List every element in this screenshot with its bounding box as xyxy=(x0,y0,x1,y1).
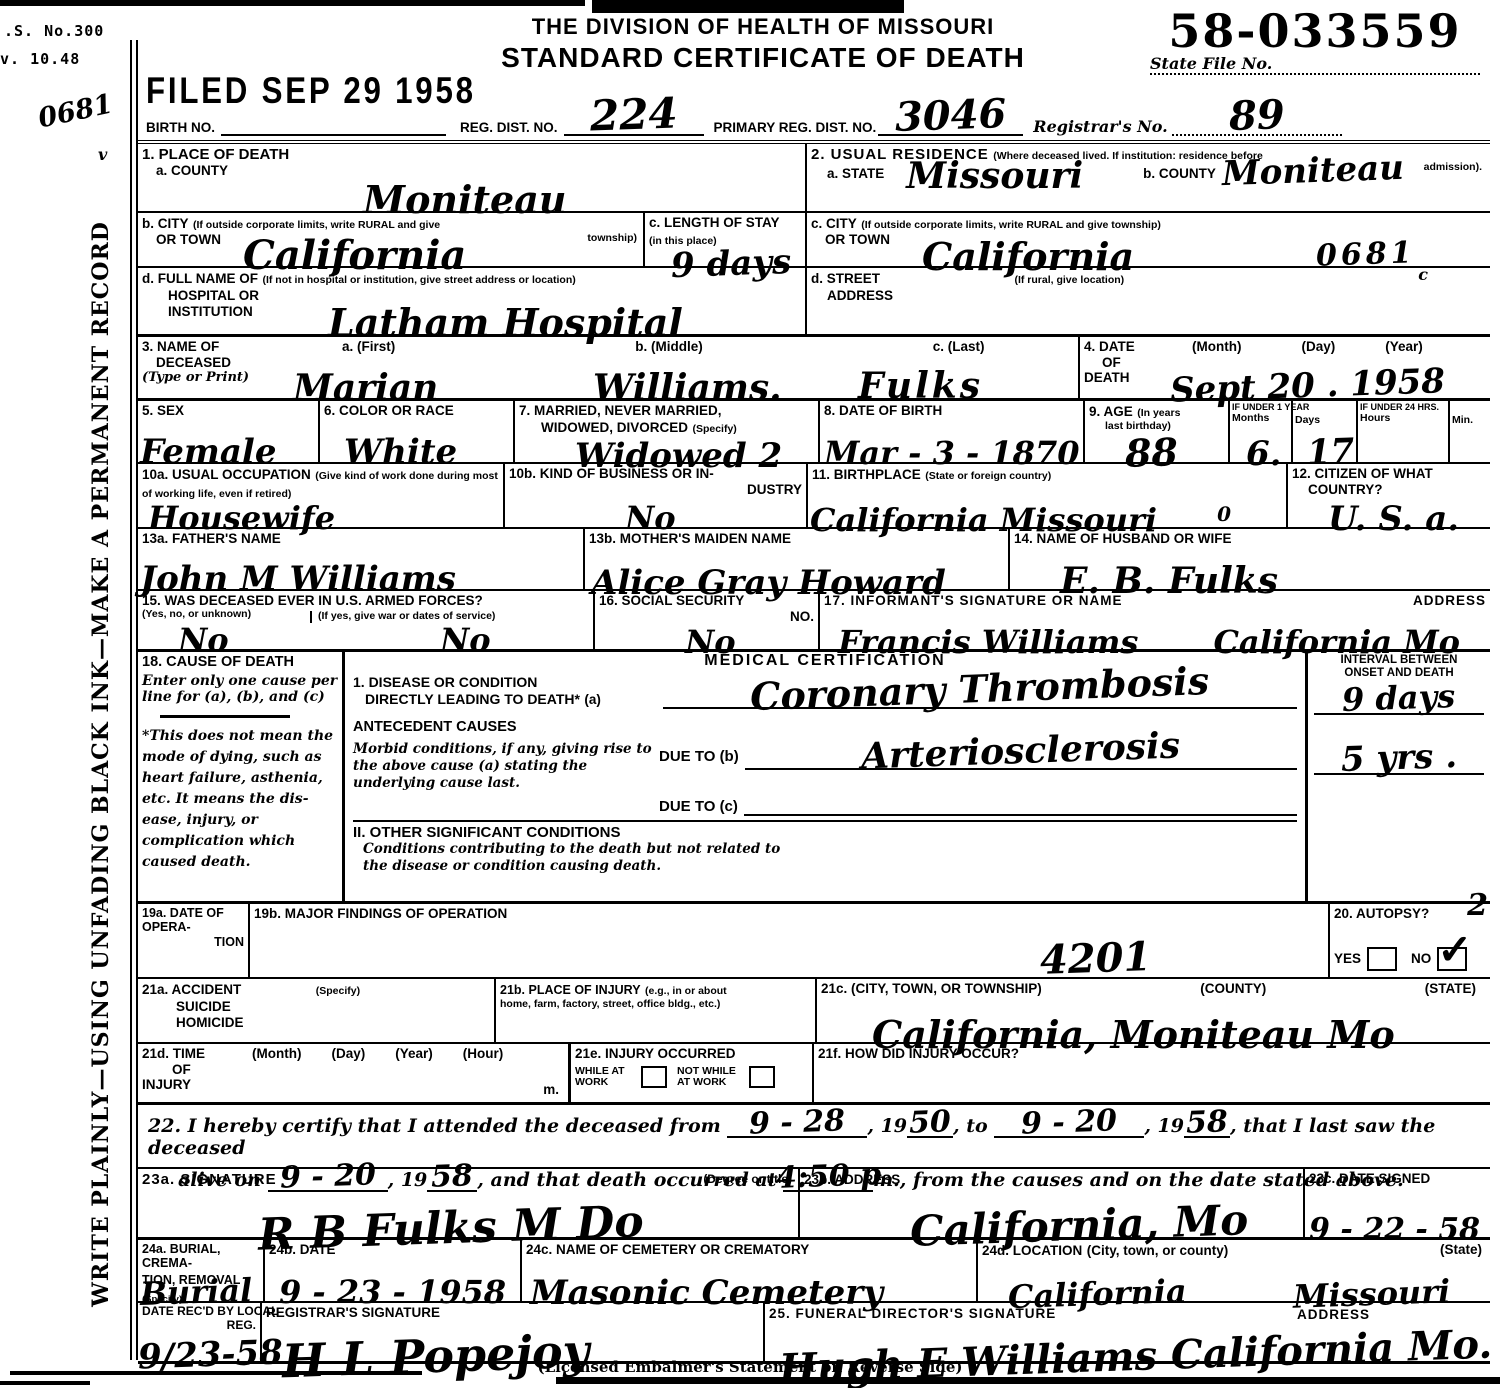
certify-text-3: , to xyxy=(953,1115,988,1137)
field-cemetery: 24c. NAME OF CEMETERY OR CREMATORY Mason… xyxy=(522,1240,978,1301)
other-conditions-note: Conditions contributing to the death but… xyxy=(363,841,783,875)
form-revision-number: v. 10.48 xyxy=(0,50,80,68)
primary-reg-value: 3046 xyxy=(895,96,1008,136)
how-injury-label: 21f. HOW DID INJURY OCCUR? xyxy=(818,1046,1486,1062)
sex-label: 5. SEX xyxy=(142,403,314,419)
field-birthplace: 11. BIRTHPLACE (State or foreign country… xyxy=(808,464,1288,527)
birth-no-label: BIRTH NO. xyxy=(146,120,215,136)
field-name-of-deceased: 3. NAME OF DECEASED (Type or Print) a. (… xyxy=(138,337,1080,398)
dod-label1: 4. DATE xyxy=(1084,339,1162,355)
min-label: Min. xyxy=(1452,415,1488,427)
disease-label2: DIRECTLY LEADING TO DEATH* xyxy=(365,691,580,707)
cemetery-label: 24c. NAME OF CEMETERY OR CREMATORY xyxy=(526,1242,972,1258)
row-city-stay: b. CITY (If outside corporate limits, wr… xyxy=(138,211,1490,266)
cause-divider xyxy=(160,715,290,718)
injury-year-label: (Year) xyxy=(395,1046,433,1093)
autopsy-no-checkmark: ✓ xyxy=(1437,925,1472,974)
street-label1: d. STREET xyxy=(811,271,880,286)
hospital-value: Latham Hospital xyxy=(328,306,683,340)
reg-dist-value: 224 xyxy=(589,95,678,136)
armed-forces-value2: No xyxy=(440,626,491,655)
row-place-residence: 1. PLACE OF DEATH a. COUNTY Moniteau 2. … xyxy=(138,144,1490,211)
field-mother-name: 13b. MOTHER'S MAIDEN NAME Alice Gray How… xyxy=(585,529,1010,589)
field-medical-certification: MEDICAL CERTIFICATION 1. DISEASE OR COND… xyxy=(345,652,1308,901)
field-accident-type: 21a. ACCIDENT (Specify) SUICIDE HOMICIDE xyxy=(138,979,496,1042)
accident-label1: 21a. ACCIDENT xyxy=(142,982,241,997)
interval-b-value: 5 yrs . xyxy=(1341,741,1458,776)
first-name-value: Marian xyxy=(293,372,438,404)
injury-month-label: (Month) xyxy=(252,1046,301,1093)
row-name-dateofdeath: 3. NAME OF DECEASED (Type or Print) a. (… xyxy=(138,334,1490,398)
injury-day-label: (Day) xyxy=(331,1046,365,1093)
field-registrar-signature: REGISTRAR'S SIGNATURE H L Popejoy xyxy=(262,1303,765,1361)
burial-label1: 24a. BURIAL, CREMA- xyxy=(142,1242,259,1271)
operation-date-label1: 19a. DATE OF OPERA- xyxy=(142,906,244,935)
field-usual-residence: 2. USUAL RESIDENCE (Where deceased lived… xyxy=(807,144,1490,211)
interval-label2: ONSET AND DEATH xyxy=(1314,667,1484,680)
injury-place-label: 21b. PLACE OF INJURY xyxy=(500,983,641,997)
certify-text-4: , 19 xyxy=(1144,1115,1184,1137)
date-signed-value: 9 - 22 - 58 xyxy=(1309,1216,1480,1243)
cause-b-value: Arteriosclerosis xyxy=(861,730,1181,774)
field-age-months: IF UNDER 1 YEAR Months 6. xyxy=(1230,401,1293,462)
burial-location-note: (City, town, or county) xyxy=(1087,1243,1229,1258)
registration-line: BIRTH NO. REG. DIST. NO. 224 PRIMARY REG… xyxy=(146,96,1486,136)
field-length-of-stay: c. LENGTH OF STAY (in this place) 9 days xyxy=(645,213,807,266)
row-medical-certification: 18. CAUSE OF DEATH Enter only one cause … xyxy=(138,649,1490,901)
accident-label2: SUICIDE xyxy=(176,999,490,1015)
registrar-no-label: Registrar's No. xyxy=(1033,117,1167,136)
dod-label2: OF xyxy=(1102,355,1162,371)
row-hospital-street: d. FULL NAME OF (If not in hospital or i… xyxy=(138,266,1490,334)
field-burial-date: 24b. DATE 9 - 23 - 1958 xyxy=(265,1240,522,1301)
name-label3: (Type or Print) xyxy=(142,370,272,385)
operation-findings-label: 19b. MAJOR FINDINGS OF OPERATION xyxy=(254,906,1324,922)
death-city-label: b. CITY xyxy=(142,216,189,231)
registrar-no-value: 89 xyxy=(1228,97,1285,135)
injury-place-note1: (e.g., in or about xyxy=(645,985,727,997)
funeral-director-address-label: ADDRESS xyxy=(1297,1307,1370,1323)
cause-note-line2: line for (a), (b), and (c) xyxy=(142,689,338,705)
burial-location-label: 24d. LOCATION xyxy=(982,1243,1082,1258)
accident-label3: HOMICIDE xyxy=(176,1015,490,1031)
birthplace-note: (State or foreign country) xyxy=(925,470,1051,482)
left-double-rule xyxy=(130,40,138,1360)
field-age-days: Days 17 xyxy=(1293,401,1358,462)
name-label1: 3. NAME OF xyxy=(142,339,272,355)
field-physician-address: 23b. ADDRESS California, Mo xyxy=(800,1169,1305,1237)
dod-label3: DEATH xyxy=(1084,370,1162,386)
race-label: 6. COLOR OR RACE xyxy=(324,403,509,419)
field-certify-statement: 22. I hereby certify that I attended the… xyxy=(138,1105,1490,1167)
middle-name-value: Williams. xyxy=(593,372,782,404)
field-marital-status: 7. MARRIED, NEVER MARRIED, WIDOWED, DIVO… xyxy=(515,401,820,462)
field-citizen: 12. CITIZEN OF WHAT COUNTRY? U. S. a. xyxy=(1288,464,1490,527)
scan-artifact xyxy=(0,1381,90,1385)
burial-state-note: (State) xyxy=(1440,1242,1482,1258)
field-color-race: 6. COLOR OR RACE White xyxy=(320,401,515,462)
death-certificate-scan: .S. No.300 v. 10.48 0681 v WRITE PLAINLY… xyxy=(0,0,1500,1388)
not-while-at-work-checkbox xyxy=(749,1066,775,1088)
injury-m-label: m. xyxy=(543,1082,559,1098)
row-registrar: DATE REC'D BY LOCAL REG. 9/23-58 REGISTR… xyxy=(138,1301,1490,1361)
autopsy-yes-checkbox xyxy=(1367,947,1397,971)
residence-city-label: c. CITY xyxy=(811,216,857,231)
cause-footnote: *This does not mean the mode of dying, s… xyxy=(142,726,338,873)
field-physician-signature: 23a. SIGNATURE (Degree or title) R B Ful… xyxy=(138,1169,800,1237)
interval-label1: INTERVAL BETWEEN xyxy=(1314,654,1484,667)
injury-time-label2: OF xyxy=(172,1062,232,1078)
mother-value: Alice Gray Howard xyxy=(591,568,946,599)
certificate-form: 1. PLACE OF DEATH a. COUNTY Moniteau 2. … xyxy=(138,140,1490,1364)
field-residence-city: c. CITY (If outside corporate limits, wr… xyxy=(807,213,1490,266)
residence-state-label: a. STATE xyxy=(827,166,884,192)
field-interval: INTERVAL BETWEEN ONSET AND DEATH 9 days … xyxy=(1308,652,1490,901)
field-autopsy: 20. AUTOPSY? 2 YES NO ✓ xyxy=(1330,904,1490,977)
field-operation-findings: 19b. MAJOR FINDINGS OF OPERATION 4201 xyxy=(250,904,1330,977)
name-label2: DECEASED xyxy=(156,355,272,371)
row-sex-race-age: 5. SEX Female 6. COLOR OR RACE White 7. … xyxy=(138,398,1490,462)
field-cause-of-death-notes: 18. CAUSE OF DEATH Enter only one cause … xyxy=(138,652,345,901)
physician-address-label: 23b. ADDRESS xyxy=(804,1172,900,1187)
field-father-name: 13a. FATHER'S NAME John M Williams xyxy=(138,529,585,589)
place-of-death-title: 1. PLACE OF DEATH xyxy=(142,146,801,163)
state-file-number-block: 58-033559 State File No. xyxy=(1150,4,1480,75)
interval-a-value: 9 days xyxy=(1342,683,1456,716)
injury-occurred-label: 21e. INJURY OCCURRED xyxy=(575,1046,808,1062)
field-operation-date: 19a. DATE OF OPERA- TION xyxy=(138,904,250,977)
marital-label2: WIDOWED, DIVORCED xyxy=(541,420,688,435)
informant-address-label: ADDRESS xyxy=(1413,593,1486,609)
occupation-label: 10a. USUAL OCCUPATION xyxy=(142,467,311,482)
armed-forces-label: 15. WAS DECEASED EVER IN U.S. ARMED FORC… xyxy=(142,593,306,609)
injury-time-label1: 21d. TIME xyxy=(142,1046,232,1062)
injury-state-label: (STATE) xyxy=(1425,981,1476,997)
field-burial-location: 24d. LOCATION (City, town, or county) (S… xyxy=(978,1240,1490,1301)
certify-to-date: 9 - 20 xyxy=(1021,1107,1118,1137)
field-hospital: d. FULL NAME OF (If not in hospital or i… xyxy=(138,268,807,334)
residence-county-value: Moniteau xyxy=(1221,153,1404,196)
margin-vertical-instruction: WRITE PLAINLY—USING UNFADING BLACK INK—M… xyxy=(88,202,112,1326)
residence-state-value: Missouri xyxy=(906,160,1083,192)
form-stock-number: .S. No.300 xyxy=(4,22,104,40)
field-sex: 5. SEX Female xyxy=(138,401,320,462)
hospital-label1: d. FULL NAME OF xyxy=(142,271,258,286)
margin-handwritten-code: 0681 xyxy=(36,92,115,131)
row-certify-statement: 22. I hereby certify that I attended the… xyxy=(138,1102,1490,1167)
certify-from-year: 50 xyxy=(909,1108,952,1136)
hours-label: Hours xyxy=(1360,413,1446,425)
autopsy-no-label: NO xyxy=(1411,951,1431,967)
date-received-label2: REG. xyxy=(142,1319,256,1333)
field-spouse-name: 14. NAME OF HUSBAND OR WIFE E. B. Fulks xyxy=(1010,529,1490,589)
disease-label1: 1. DISEASE OR CONDITION xyxy=(353,674,663,690)
margin-handwritten-mark: v xyxy=(98,148,107,162)
signature-label: 23a. SIGNATURE xyxy=(142,1171,277,1188)
while-at-work-checkbox xyxy=(641,1066,667,1088)
autopsy-label: 20. AUTOPSY? xyxy=(1334,906,1486,922)
autopsy-yes-label: YES xyxy=(1334,951,1361,967)
ssn-label2: NO. xyxy=(599,609,814,625)
primary-reg-label: PRIMARY REG. DIST. NO. xyxy=(714,120,877,136)
injury-place-note2: home, farm, factory, street, office bldg… xyxy=(500,999,811,1011)
stay-label: c. LENGTH OF STAY xyxy=(649,215,801,231)
not-while-label2: AT WORK xyxy=(677,1076,726,1088)
field-death-city: b. CITY (If outside corporate limits, wr… xyxy=(138,213,645,266)
field-place-of-injury: 21b. PLACE OF INJURY (e.g., in or about … xyxy=(496,979,817,1042)
county-value: Moniteau xyxy=(363,183,566,217)
date-received-label1: DATE REC'D BY LOCAL xyxy=(142,1305,256,1319)
row-accident: 21a. ACCIDENT (Specify) SUICIDE HOMICIDE… xyxy=(138,977,1490,1042)
residence-county-label: b. COUNTY xyxy=(1143,166,1216,192)
other-conditions-label: II. OTHER SIGNIFICANT CONDITIONS xyxy=(353,824,1297,841)
certify-to-year: 58 xyxy=(1186,1108,1229,1136)
certificate-header: THE DIVISION OF HEALTH OF MISSOURI STAND… xyxy=(138,0,1490,140)
field-age-min: Min. xyxy=(1450,401,1490,462)
citizen-label2: COUNTRY? xyxy=(1308,482,1486,498)
injury-city-label: 21c. (CITY, TOWN, OR TOWNSHIP) xyxy=(821,981,1042,997)
row-operation-autopsy: 19a. DATE OF OPERA- TION 19b. MAJOR FIND… xyxy=(138,901,1490,977)
field-date-of-death: 4. DATE OF DEATH (Month) (Day) (Year) Se… xyxy=(1080,337,1490,398)
agency-name: THE DIVISION OF HEALTH OF MISSOURI xyxy=(388,14,1138,40)
cause-of-death-label: 18. CAUSE OF DEATH xyxy=(142,654,338,671)
armed-forces-note1: (Yes, no, or unknown) xyxy=(142,609,306,621)
row-physician-signature: 23a. SIGNATURE (Degree or title) R B Ful… xyxy=(138,1167,1490,1237)
injury-hour-label: (Hour) xyxy=(463,1046,504,1093)
certify-text-2: , 19 xyxy=(867,1115,907,1137)
autopsy-stray-mark: 2 xyxy=(1467,892,1488,919)
business-label2: DUSTRY xyxy=(509,482,802,498)
citizen-label1: 12. CITIZEN OF WHAT xyxy=(1292,466,1486,482)
certify-text-1: 22. I hereby certify that I attended the… xyxy=(148,1115,721,1137)
date-signed-label: 23c. DATE SIGNED xyxy=(1309,1171,1486,1187)
injury-county-label: (COUNTY) xyxy=(1200,981,1266,997)
street-note: (If rural, give location) xyxy=(1014,274,1124,286)
mother-label: 13b. MOTHER'S MAIDEN NAME xyxy=(589,531,1004,547)
field-date-of-birth: 8. DATE OF BIRTH Mar - 3 - 1870 xyxy=(820,401,1085,462)
field-date-received: DATE REC'D BY LOCAL REG. 9/23-58 xyxy=(138,1303,262,1361)
birth-no-blank xyxy=(221,134,446,136)
field-age-years: 9. AGE (In years last birthday) 88 xyxy=(1085,401,1230,462)
father-label: 13a. FATHER'S NAME xyxy=(142,531,579,547)
business-label1: 10b. KIND OF BUSINESS OR IN- xyxy=(509,466,802,482)
residence-city-code: 0681 xyxy=(1315,239,1415,269)
reverse-side-note: (Licensed Embalmer's Statement on Revers… xyxy=(0,1358,1500,1376)
while-at-label1: WHILE AT xyxy=(575,1065,625,1077)
due-b-label: DUE TO (b) xyxy=(659,748,739,765)
cause-c-blank xyxy=(744,794,1297,816)
field-date-signed: 23c. DATE SIGNED 9 - 22 - 58 xyxy=(1305,1169,1490,1237)
due-c-label: DUE TO (c) xyxy=(659,798,738,815)
autopsy-no-checkbox: ✓ xyxy=(1437,947,1467,971)
row-occupation-birthplace: 10a. USUAL OCCUPATION (Give kind of work… xyxy=(138,462,1490,527)
residence-city-note: (If outside corporate limits, write RURA… xyxy=(861,219,1161,231)
operation-findings-value: 4201 xyxy=(1039,939,1152,979)
accident-note: (Specify) xyxy=(316,985,360,997)
months-label: Months xyxy=(1232,413,1289,425)
cause-a-value: Coronary Thrombosis xyxy=(750,664,1210,714)
marital-note: (Specify) xyxy=(692,423,736,435)
field-age-hours: IF UNDER 24 HRS. Hours xyxy=(1358,401,1450,462)
field-how-injury: 21f. HOW DID INJURY OCCUR? xyxy=(814,1044,1490,1102)
while-at-label2: WORK xyxy=(575,1076,608,1088)
usual-residence-note2: admission). xyxy=(1424,162,1482,174)
field-place-of-death-county: 1. PLACE OF DEATH a. COUNTY Moniteau xyxy=(138,144,807,211)
field-injury-occurred: 21e. INJURY OCCURRED WHILE ATWORK NOT WH… xyxy=(568,1044,814,1102)
field-occupation: 10a. USUAL OCCUPATION (Give kind of work… xyxy=(138,464,505,527)
burial-date-label: 24b. DATE xyxy=(269,1242,516,1258)
last-name-value: Fulks xyxy=(858,370,983,402)
field-business: 10b. KIND OF BUSINESS OR IN- DUSTRY No xyxy=(505,464,808,527)
death-city-note: (If outside corporate limits, write RURA… xyxy=(193,219,440,231)
row-burial: 24a. BURIAL, CREMA- TION, REMOVAL (Speci… xyxy=(138,1237,1490,1301)
operation-date-label2: TION xyxy=(142,935,244,949)
certificate-title: STANDARD CERTIFICATE OF DEATH xyxy=(388,42,1138,74)
reg-dist-label: REG. DIST. NO. xyxy=(460,120,558,136)
injury-time-label3: INJURY xyxy=(142,1077,232,1093)
field-burial-type: 24a. BURIAL, CREMA- TION, REMOVAL (Speci… xyxy=(138,1240,265,1301)
disease-a-label: (a) xyxy=(584,692,601,707)
age-label: 9. AGE xyxy=(1089,404,1133,419)
field-funeral-director: 25. FUNERAL DIRECTOR'S SIGNATURE ADDRESS… xyxy=(765,1303,1490,1361)
field-armed-forces: 15. WAS DECEASED EVER IN U.S. ARMED FORC… xyxy=(138,591,310,649)
birthplace-label: 11. BIRTHPLACE xyxy=(812,467,921,482)
registrar-signature-label: REGISTRAR'S SIGNATURE xyxy=(266,1305,759,1321)
dob-label: 8. DATE OF BIRTH xyxy=(824,403,1079,419)
armed-forces-value1: No xyxy=(178,626,229,655)
state-file-number: 58-033559 xyxy=(1150,4,1480,58)
hospital-note: (If not in hospital or institution, give… xyxy=(262,274,575,286)
not-while-label1: NOT WHILE xyxy=(677,1065,736,1077)
death-city-note2: township) xyxy=(587,233,637,245)
birthplace-stray-mark: 0 xyxy=(1217,505,1231,523)
age-note1: (In years xyxy=(1137,407,1180,419)
row-parents-spouse: 13a. FATHER'S NAME John M Williams 13b. … xyxy=(138,527,1490,589)
field-street-address: d. STREET (If rural, give location) ADDR… xyxy=(807,268,1490,334)
funeral-director-label: 25. FUNERAL DIRECTOR'S SIGNATURE xyxy=(769,1306,1056,1321)
marital-label1: 7. MARRIED, NEVER MARRIED, xyxy=(519,403,814,419)
field-injury-time: 21d. TIME OF INJURY (Month) (Day) (Year)… xyxy=(138,1044,571,1102)
morbid-note: Morbid conditions, if any, giving rise t… xyxy=(353,741,653,792)
days-label: Days xyxy=(1295,415,1354,427)
certify-from-date: 9 - 28 xyxy=(749,1107,846,1137)
field-armed-forces-war: (If yes, give war or dates of service) N… xyxy=(310,591,595,649)
cause-note-line1: Enter only one cause per xyxy=(142,673,338,689)
field-injury-location: 21c. (CITY, TOWN, OR TOWNSHIP) (COUNTY) … xyxy=(817,979,1490,1042)
street-label2: ADDRESS xyxy=(827,288,1486,304)
row-injury-time: 21d. TIME OF INJURY (Month) (Day) (Year)… xyxy=(138,1042,1490,1102)
degree-label: (Degree or title) xyxy=(703,1173,792,1186)
spouse-label: 14. NAME OF HUSBAND OR WIFE xyxy=(1014,531,1486,547)
